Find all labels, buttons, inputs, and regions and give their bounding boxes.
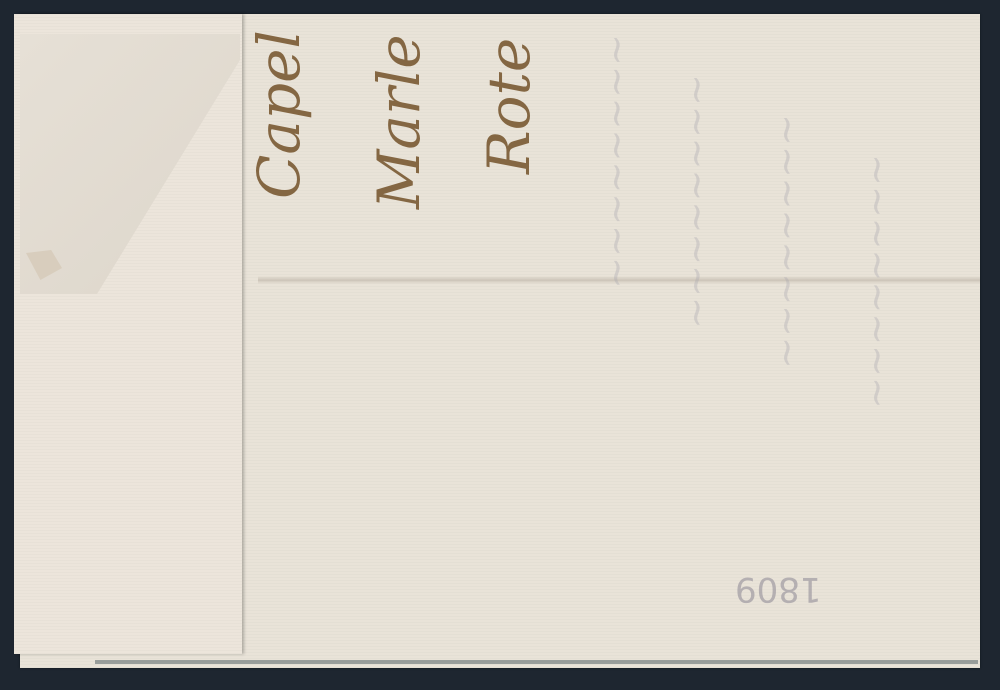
- bleed-through-writing: ~~~~~~~~: [676, 74, 720, 329]
- bleed-through-writing: ~~~~~~~~: [596, 34, 640, 289]
- pencil-date-note: 1809: [735, 569, 822, 609]
- address-line: Capel: [245, 30, 313, 199]
- bottom-edge-shadow: [95, 660, 978, 664]
- bleed-through-writing: ~~~~~~~~: [766, 114, 810, 369]
- address-line: Marle: [365, 34, 433, 209]
- address-line: Rote: [475, 38, 543, 174]
- folded-flap: [14, 14, 242, 654]
- bleed-through-writing: ~~~~~~~~: [856, 154, 900, 409]
